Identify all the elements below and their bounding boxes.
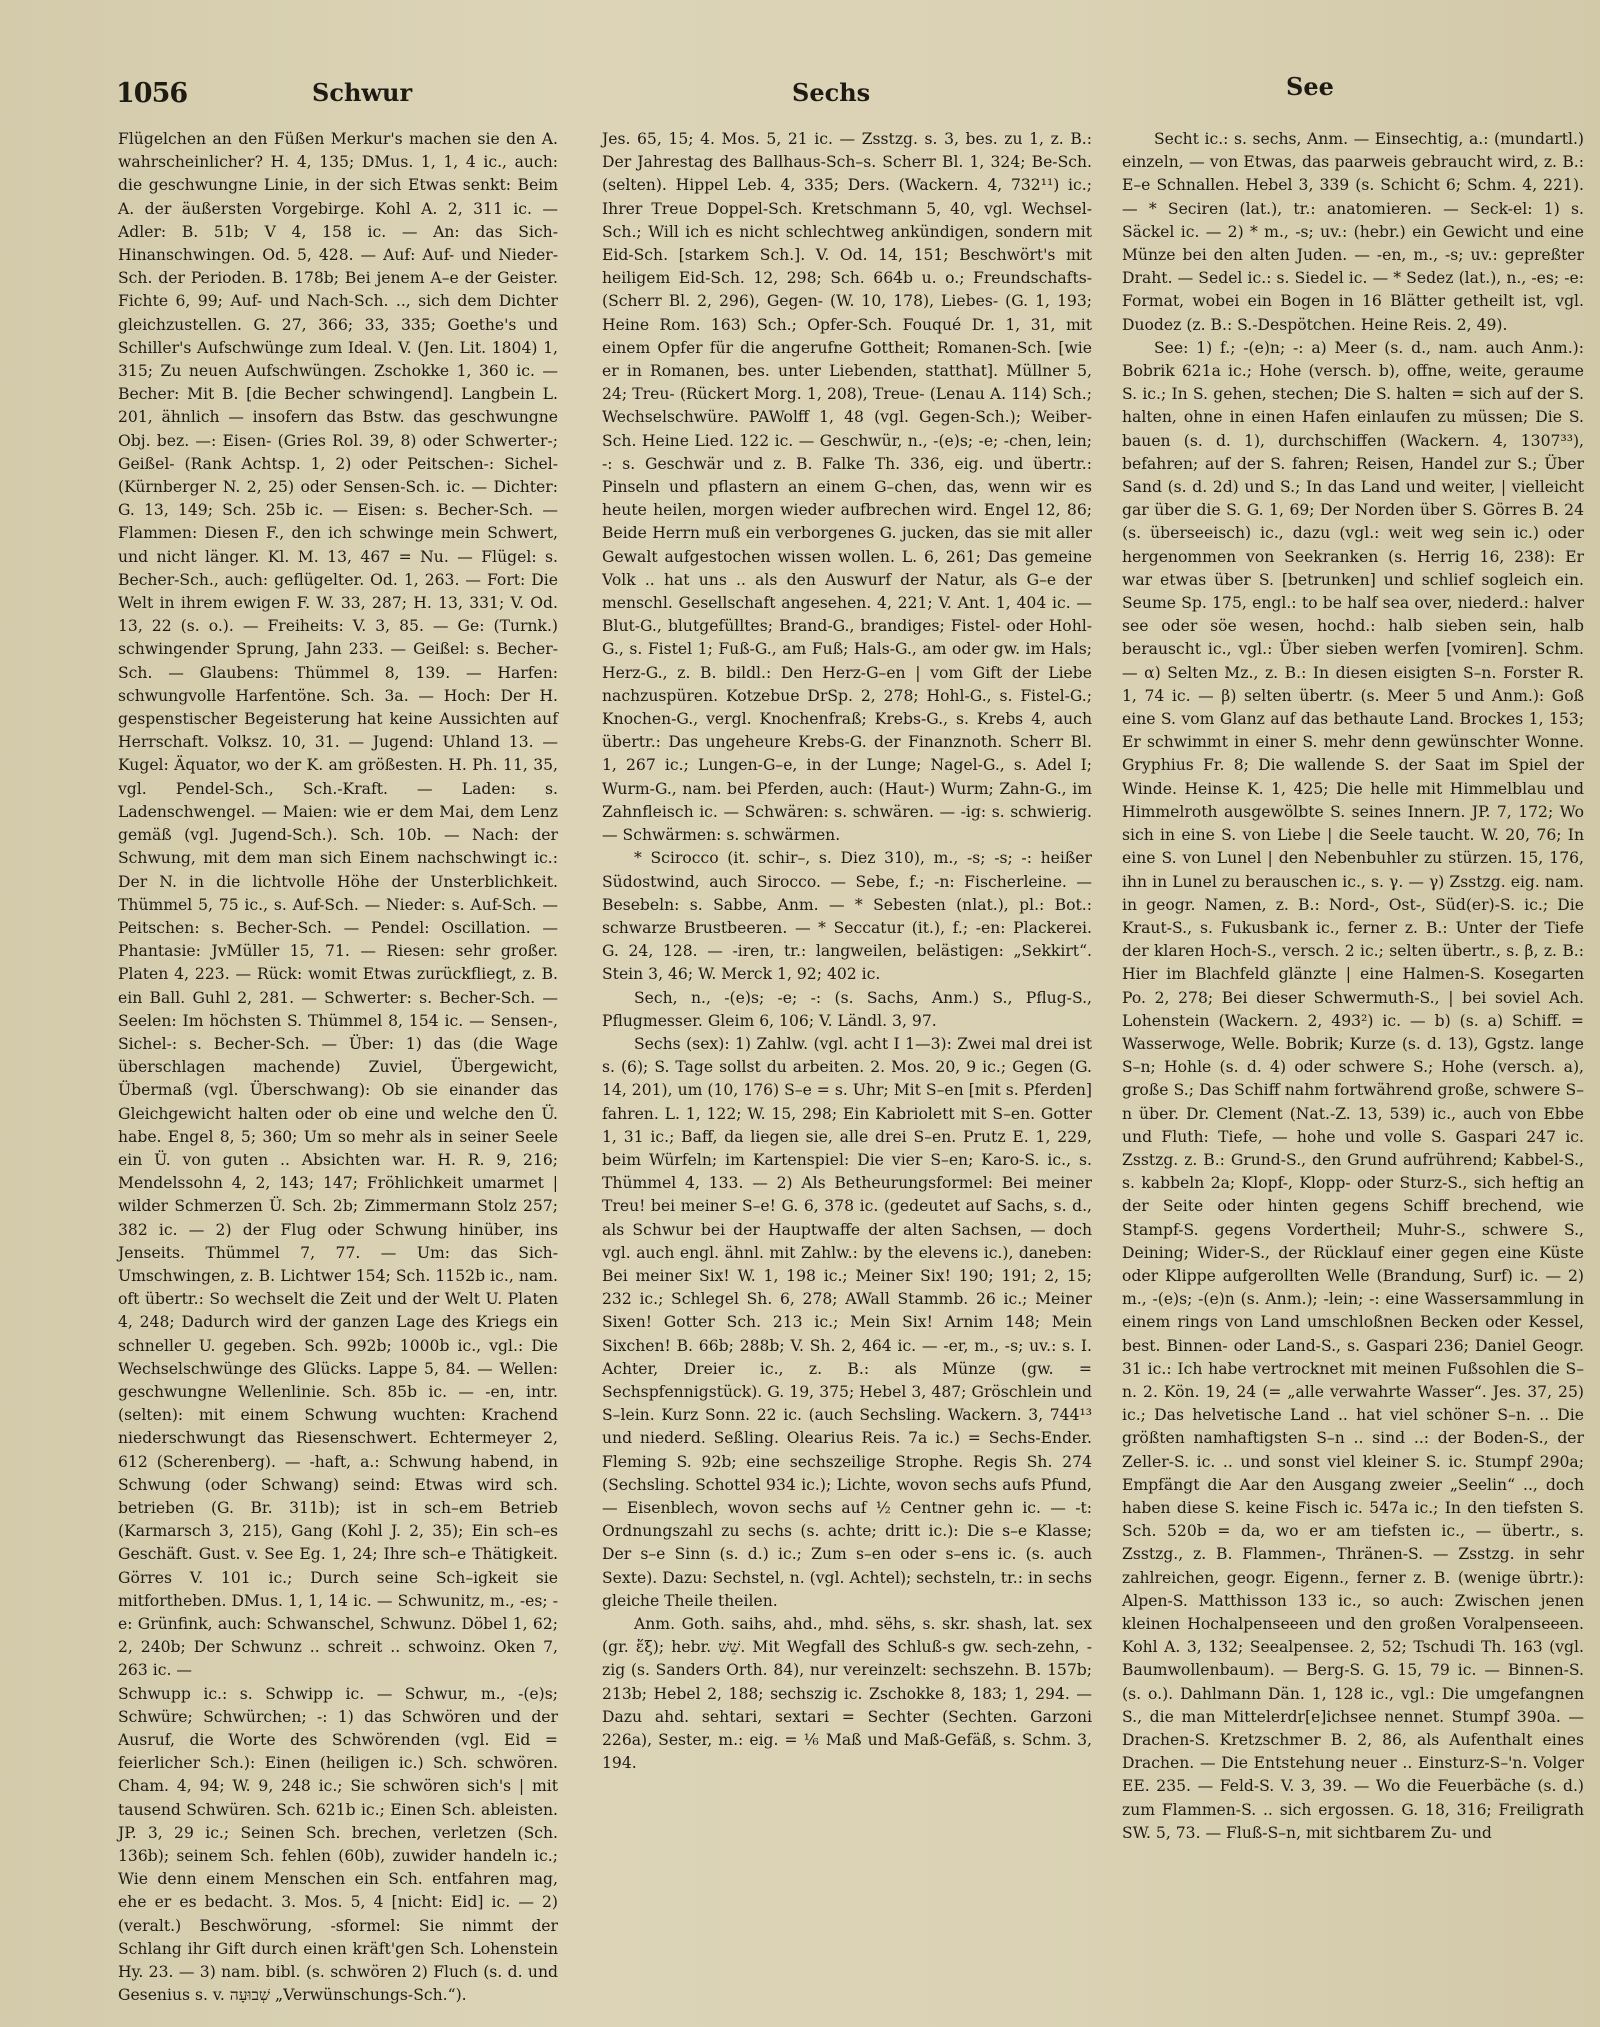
center-catchword: Sechs bbox=[792, 78, 870, 107]
dictionary-page: 1056 Schwur Sechs See Flügelchen an den … bbox=[0, 0, 1600, 2027]
page-number: 1056 bbox=[116, 78, 187, 109]
entry-sech: Sech, n., -(e)s; -e; -: (s. Sachs, Anm.)… bbox=[602, 987, 1092, 1033]
column-middle: Jes. 65, 15; 4. Mos. 5, 21 ic. — Zsstzg.… bbox=[602, 128, 1092, 1775]
right-catchword: See bbox=[1286, 72, 1334, 101]
entry-schwur: Schwupp ic.: s. Schwipp ic. — Schwur, m.… bbox=[118, 1683, 558, 2008]
entry-sechs-note: Anm. Goth. saihs, ahd., mhd. sëhs, s. sk… bbox=[602, 1613, 1092, 1775]
column-left: Flügelchen an den Füßen Merkur's machen … bbox=[118, 128, 558, 2007]
entry-sechs: Sechs (sex): 1) Zahlw. (vgl. acht I 1—3)… bbox=[602, 1033, 1092, 1613]
column-right: Secht ic.: s. sechs, Anm. — Einsechtig, … bbox=[1122, 128, 1584, 1845]
entry-paragraph: Jes. 65, 15; 4. Mos. 5, 21 ic. — Zsstzg.… bbox=[602, 128, 1092, 847]
left-catchword: Schwur bbox=[312, 78, 412, 107]
entry-paragraph: Flügelchen an den Füßen Merkur's machen … bbox=[118, 128, 558, 1683]
entry-scirocco: * Scirocco (it. schir–, s. Diez 310), m.… bbox=[602, 847, 1092, 986]
page-header: 1056 Schwur Sechs See bbox=[0, 72, 1600, 112]
entry-see: See: 1) f.; -(e)n; -: a) Meer (s. d., na… bbox=[1122, 337, 1584, 1845]
entry-secht: Secht ic.: s. sechs, Anm. — Einsechtig, … bbox=[1122, 128, 1584, 337]
